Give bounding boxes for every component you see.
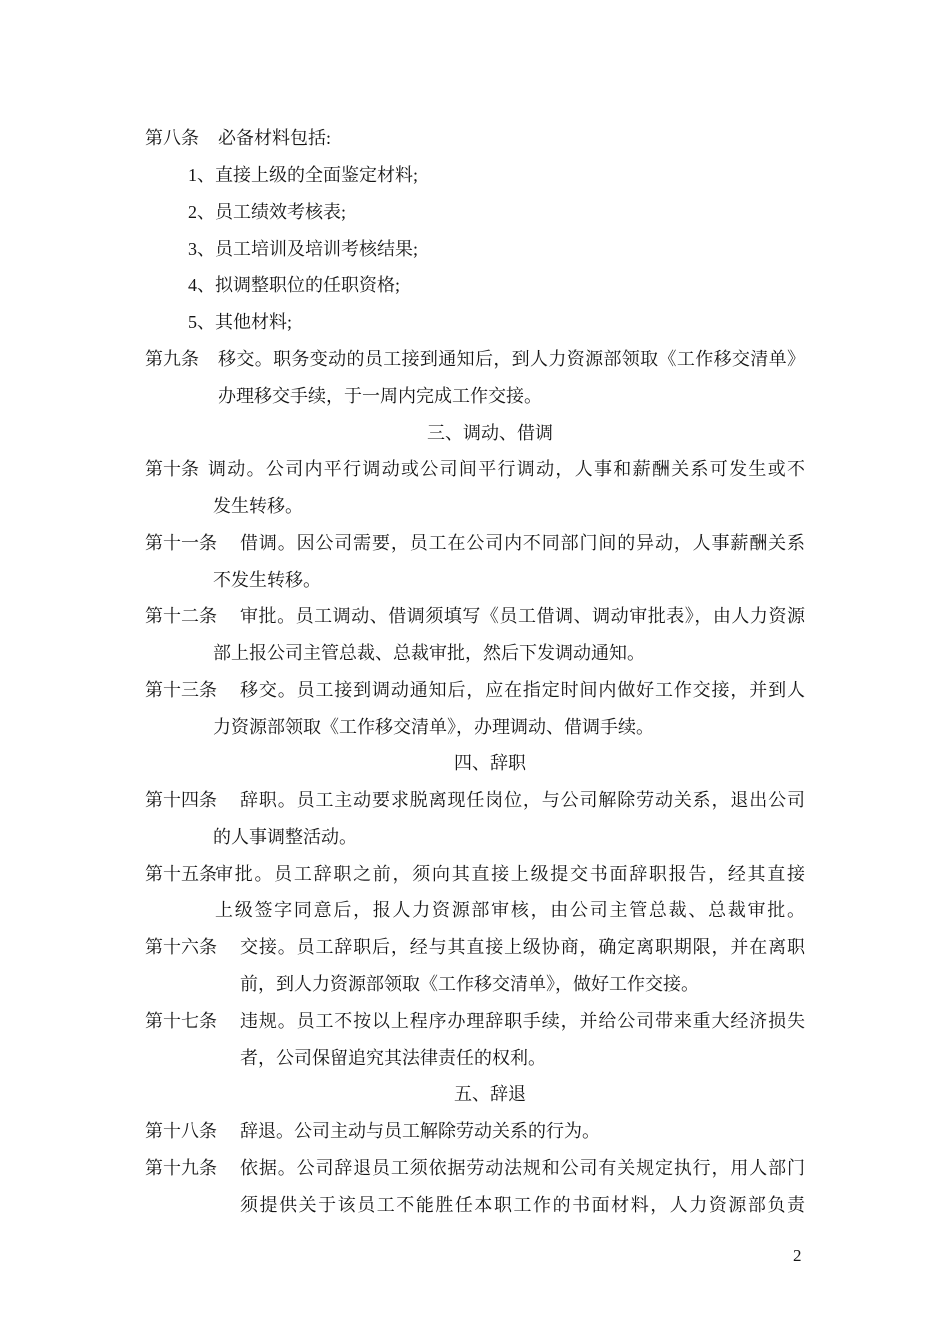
article-number: 第十八条: [145, 1117, 217, 1143]
list-item-line: 4、拟调整职位的任职资格;: [0, 266, 950, 303]
article-text: 交接。员工辞职后，经与其直接上级协商，确定离职期限，并在离职: [240, 933, 805, 959]
section-heading-line: 三、调动、借调: [0, 413, 950, 450]
continuation-text: 办理移交手续，于一周内完成工作交接。: [218, 382, 542, 408]
list-item-text: 5、其他材料;: [188, 308, 292, 334]
continuation-text: 部上报公司主管总裁、总裁审批，然后下发调动通知。: [213, 639, 645, 665]
continuation-text: 上级签字同意后，报人力资源部审核，由公司主管总裁、总裁审批。: [215, 896, 805, 922]
continuation-line: 不发生转移。: [0, 560, 950, 597]
list-item-line: 5、其他材料;: [0, 303, 950, 340]
continuation-text: 力资源部领取《工作移交清单》，办理调动、借调手续。: [213, 713, 654, 739]
article-line: 第十一条 借调。因公司需要，员工在公司内不同部门间的异动，人事薪酬关系: [0, 523, 950, 560]
article-number: 第十二条: [145, 602, 217, 628]
list-item-text: 3、员工培训及培训考核结果;: [188, 235, 418, 261]
article-line: 第十条 调动。公司内平行调动或公司间平行调动，人事和薪酬关系可发生或不: [0, 450, 950, 487]
page-number: 2: [793, 1246, 802, 1266]
continuation-line: 须提供关于该员工不能胜任本职工作的书面材料，人力资源部负责: [0, 1185, 950, 1222]
continuation-text: 前，到人力资源部领取《工作移交清单》，做好工作交接。: [240, 970, 699, 996]
article-text: 违规。员工不按以上程序办理辞职手续，并给公司带来重大经济损失: [240, 1007, 805, 1033]
article-text: 调动。公司内平行调动或公司间平行调动，人事和薪酬关系可发生或不: [208, 455, 805, 481]
continuation-line: 发生转移。: [0, 487, 950, 524]
continuation-line: 上级签字同意后，报人力资源部审核，由公司主管总裁、总裁审批。: [0, 891, 950, 928]
continuation-line: 的人事调整活动。: [0, 818, 950, 855]
article-line: 第十二条 审批。员工调动、借调须填写《员工借调、调动审批表》，由人力资源: [0, 597, 950, 634]
document-page: 第八条 必备材料包括: 1、直接上级的全面鉴定材料; 2、员工绩效考核表; 3、…: [0, 0, 950, 1344]
continuation-text: 者，公司保留追究其法律责任的权利。: [240, 1044, 546, 1070]
article-text: 依据。公司辞退员工须依据劳动法规和公司有关规定执行，用人部门: [240, 1154, 805, 1180]
article-text: 审批。员工辞职之前，须向其直接上级提交书面辞职报告，经其直接: [215, 860, 805, 886]
list-item-line: 2、员工绩效考核表;: [0, 193, 950, 230]
list-item-text: 4、拟调整职位的任职资格;: [188, 271, 400, 297]
article-number: 第十九条: [145, 1154, 217, 1180]
continuation-line: 部上报公司主管总裁、总裁审批，然后下发调动通知。: [0, 634, 950, 671]
continuation-text: 须提供关于该员工不能胜任本职工作的书面材料，人力资源部负责: [240, 1191, 805, 1217]
article-number: 第十六条: [145, 933, 217, 959]
list-item-line: 1、直接上级的全面鉴定材料;: [0, 156, 950, 193]
article-number: 第九条: [145, 345, 199, 371]
article-text: 移交。职务变动的员工接到通知后，到人力资源部领取《工作移交清单》: [218, 345, 805, 371]
article-number: 第十四条: [145, 786, 217, 812]
article-line: 第九条 移交。职务变动的员工接到通知后，到人力资源部领取《工作移交清单》: [0, 340, 950, 377]
continuation-line: 办理移交手续，于一周内完成工作交接。: [0, 376, 950, 413]
document-body: 第八条 必备材料包括: 1、直接上级的全面鉴定材料; 2、员工绩效考核表; 3、…: [0, 119, 950, 1222]
article-line: 第十三条 移交。员工接到调动通知后，应在指定时间内做好工作交接，并到人: [0, 670, 950, 707]
article-text: 移交。员工接到调动通知后，应在指定时间内做好工作交接，并到人: [240, 676, 805, 702]
continuation-text: 的人事调整活动。: [213, 823, 357, 849]
list-item-line: 3、员工培训及培训考核结果;: [0, 229, 950, 266]
article-number: 第十一条: [145, 529, 217, 555]
article-number: 第八条: [145, 124, 199, 150]
list-item-text: 1、直接上级的全面鉴定材料;: [188, 161, 418, 187]
article-text: 审批。员工调动、借调须填写《员工借调、调动审批表》，由人力资源: [240, 602, 805, 628]
article-line: 第十八条 辞退。公司主动与员工解除劳动关系的行为。: [0, 1112, 950, 1149]
article-line: 第十七条 违规。员工不按以上程序办理辞职手续，并给公司带来重大经济损失: [0, 1001, 950, 1038]
continuation-line: 力资源部领取《工作移交清单》，办理调动、借调手续。: [0, 707, 950, 744]
continuation-text: 不发生转移。: [213, 566, 321, 592]
article-number: 第十七条: [145, 1007, 217, 1033]
article-text: 必备材料包括:: [218, 124, 331, 150]
article-number: 第十三条: [145, 676, 217, 702]
article-number: 第十条: [145, 455, 199, 481]
continuation-text: 发生转移。: [213, 492, 303, 518]
article-line: 第十四条 辞职。员工主动要求脱离现任岗位，与公司解除劳动关系，退出公司: [0, 781, 950, 818]
article-text: 借调。因公司需要，员工在公司内不同部门间的异动，人事薪酬关系: [240, 529, 805, 555]
article-line: 第八条 必备材料包括:: [0, 119, 950, 156]
continuation-line: 前，到人力资源部领取《工作移交清单》，做好工作交接。: [0, 965, 950, 1002]
section-heading-line: 五、辞退: [0, 1075, 950, 1112]
continuation-line: 者，公司保留追究其法律责任的权利。: [0, 1038, 950, 1075]
article-line: 第十九条 依据。公司辞退员工须依据劳动法规和公司有关规定执行，用人部门: [0, 1148, 950, 1185]
article-text: 辞退。公司主动与员工解除劳动关系的行为。: [240, 1117, 600, 1143]
section-heading: 三、调动、借调: [160, 419, 820, 445]
section-heading-line: 四、辞职: [0, 744, 950, 781]
section-heading: 四、辞职: [160, 749, 820, 775]
list-item-text: 2、员工绩效考核表;: [188, 198, 346, 224]
article-text: 辞职。员工主动要求脱离现任岗位，与公司解除劳动关系，退出公司: [240, 786, 805, 812]
article-number: 第十五条: [145, 860, 217, 886]
article-line: 第十五条 审批。员工辞职之前，须向其直接上级提交书面辞职报告，经其直接: [0, 854, 950, 891]
article-line: 第十六条 交接。员工辞职后，经与其直接上级协商，确定离职期限，并在离职: [0, 928, 950, 965]
section-heading: 五、辞退: [160, 1080, 820, 1106]
